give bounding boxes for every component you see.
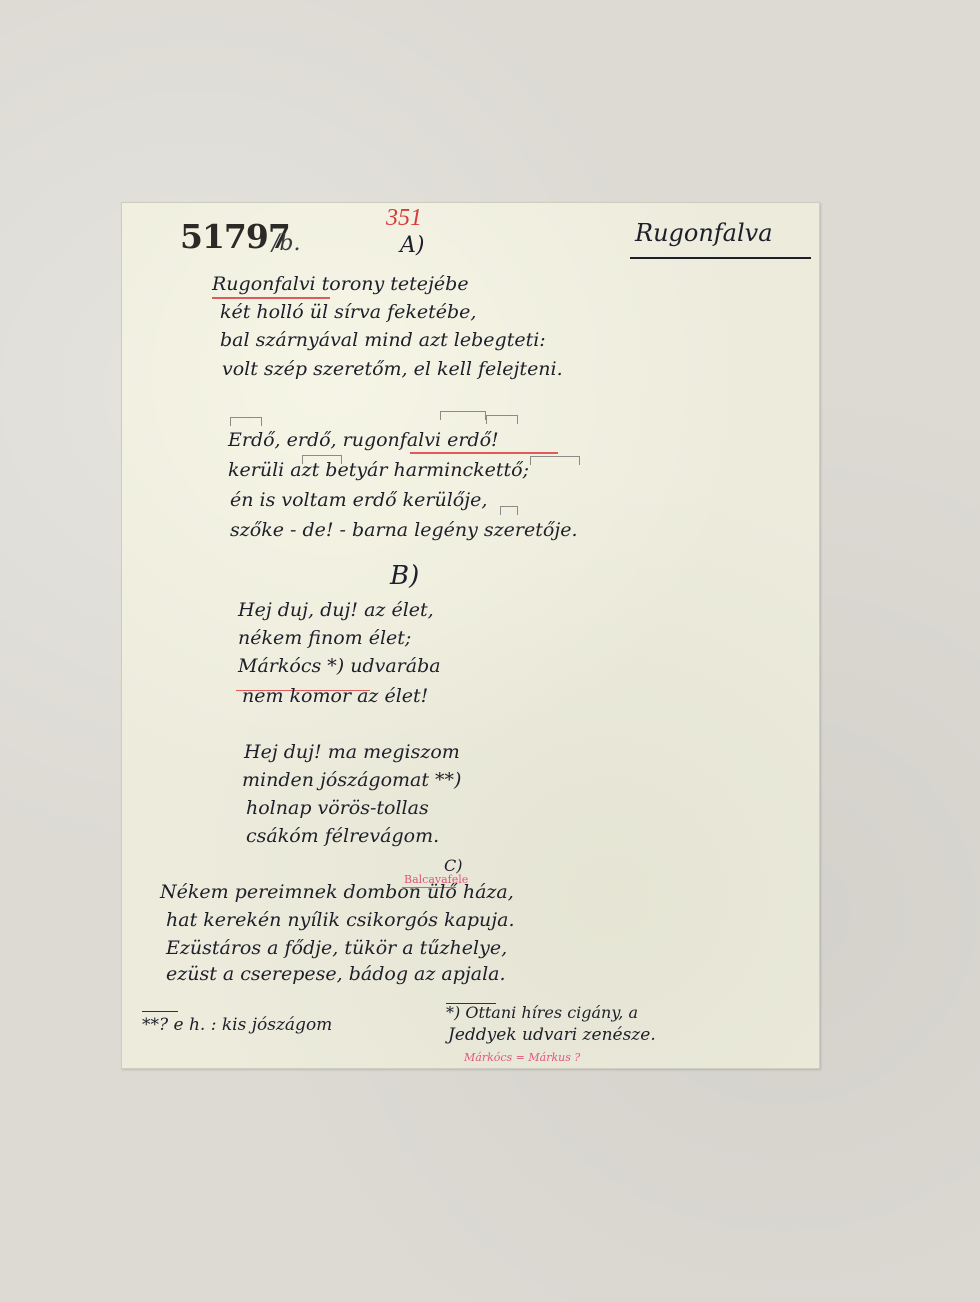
catalog-suffix: /b. <box>272 231 301 256</box>
verse-line: nékem finom élet; <box>238 627 411 649</box>
title-underline <box>630 257 811 259</box>
footnote-left: **? e h. : kis jószágom <box>142 1015 332 1035</box>
verse-line: két holló ül sírva feketébe, <box>220 301 476 323</box>
verse-line: ezüst a cserepese, bádog az apjala. <box>166 963 506 985</box>
section-a-label: A) <box>400 233 424 258</box>
verse-line: Hej duj, duj! az élet, <box>238 599 434 621</box>
footnote-rule <box>142 1011 178 1012</box>
verse-line: kerüli azt betyár harminckettő; <box>228 459 529 481</box>
place-title: Rugonfalva <box>635 219 773 247</box>
verse-line: Hej duj! ma megiszom <box>244 741 460 763</box>
rhythm-bracket <box>530 456 580 465</box>
verse-line: Ezüstáros a fődje, tükör a tűzhelye, <box>166 937 507 959</box>
section-b-label: B) <box>390 561 419 591</box>
verse-line: én is voltam erdő kerülője, <box>230 489 487 511</box>
pink-footnote-note: Márkócs = Márkus ? <box>464 1051 580 1064</box>
verse-line: Erdő, erdő, rugonfalvi erdő! <box>228 429 499 451</box>
verse-line: Márkócs *) udvarába <box>238 655 441 677</box>
archive-mount-board: 51797 /b. 351 Rugonfalva A) Rugonfalvi t… <box>0 0 980 1302</box>
rhythm-bracket <box>230 417 262 426</box>
manuscript-card: 51797 /b. 351 Rugonfalva A) Rugonfalvi t… <box>121 202 820 1069</box>
verse-line: nem komor az élet! <box>242 685 428 707</box>
verse-line: volt szép szeretőm, el kell felejteni. <box>222 358 563 380</box>
verse-line: Rugonfalvi torony tetejébe <box>212 273 469 295</box>
rhythm-bracket <box>500 506 518 515</box>
footnote-right-line-1: *) Ottani híres cigány, a <box>446 1003 638 1022</box>
verse-line: csákóm félrevágom. <box>246 825 439 847</box>
verse-line: Nékem pereimnek dombon ülő háza, <box>160 881 514 903</box>
rhythm-bracket <box>486 415 518 424</box>
verse-line: bal szárnyával mind azt lebegteti: <box>220 329 546 351</box>
rhythm-bracket <box>440 411 486 420</box>
verse-line: szőke - de! - barna legény szeretője. <box>230 519 578 541</box>
page-number: 351 <box>386 205 422 232</box>
footnote-right-line-2: Jeddyek udvari zenésze. <box>448 1025 656 1045</box>
red-underline <box>212 297 330 299</box>
verse-line: holnap vörös-tollas <box>246 797 429 819</box>
red-underline <box>410 452 558 454</box>
verse-line: hat kerekén nyílik csikorgós kapuja. <box>166 909 515 931</box>
verse-line: minden jószágomat **) <box>242 769 461 791</box>
